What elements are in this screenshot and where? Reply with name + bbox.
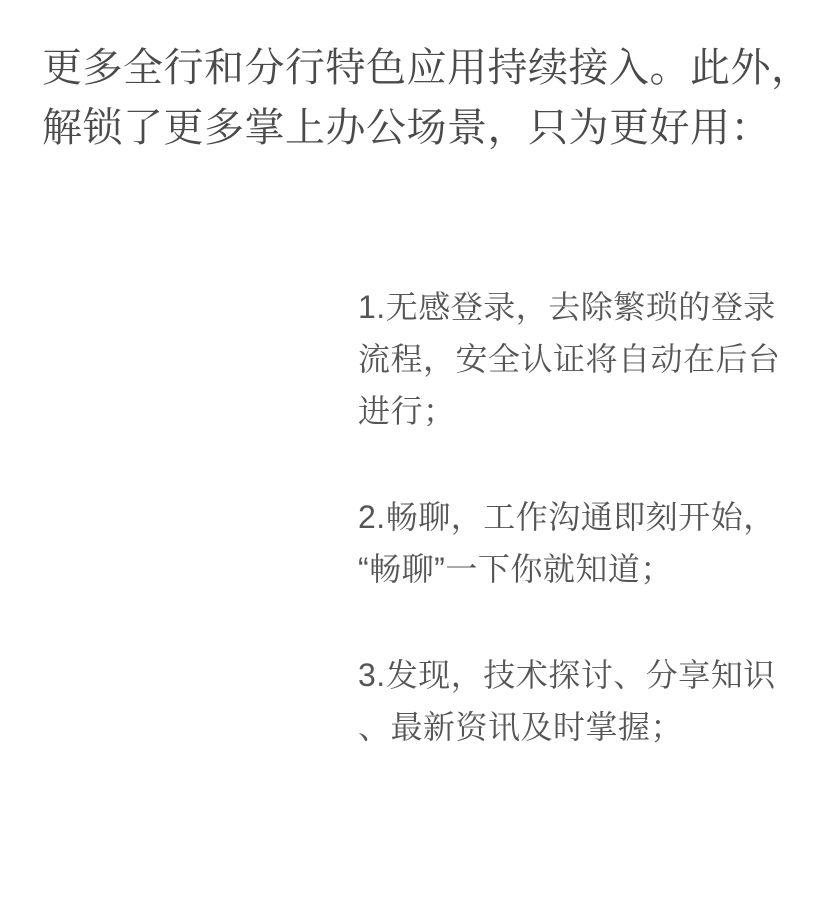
- feature-line: 2.畅聊，工作沟通即刻开始，: [358, 491, 828, 543]
- feature-line: 、最新资讯及时掌握；: [358, 701, 828, 753]
- feature-line: 流程，安全认证将自动在后台: [358, 333, 828, 385]
- feature-line: 1.无感登录，去除繁琐的登录: [358, 281, 828, 333]
- feature-line: 进行；: [358, 385, 828, 437]
- feature-item-discover: 3.发现，技术探讨、分享知识 、最新资讯及时掌握；: [358, 649, 828, 753]
- feature-item-seamless-login: 1.无感登录，去除繁琐的登录 流程，安全认证将自动在后台 进行；: [358, 281, 828, 437]
- feature-item-chat: 2.畅聊，工作沟通即刻开始， “畅聊”一下你就知道；: [358, 491, 828, 595]
- intro-paragraph: 更多全行和分行特色应用持续接入。此外， 解锁了更多掌上办公场景，只为更好用：: [42, 38, 822, 158]
- feature-line: 3.发现，技术探讨、分享知识: [358, 649, 828, 701]
- feature-list: 1.无感登录，去除繁琐的登录 流程，安全认证将自动在后台 进行； 2.畅聊，工作…: [358, 281, 828, 753]
- feature-line: “畅聊”一下你就知道；: [358, 543, 828, 595]
- intro-line-2: 解锁了更多掌上办公场景，只为更好用：: [42, 98, 822, 158]
- intro-line-1: 更多全行和分行特色应用持续接入。此外，: [42, 38, 822, 98]
